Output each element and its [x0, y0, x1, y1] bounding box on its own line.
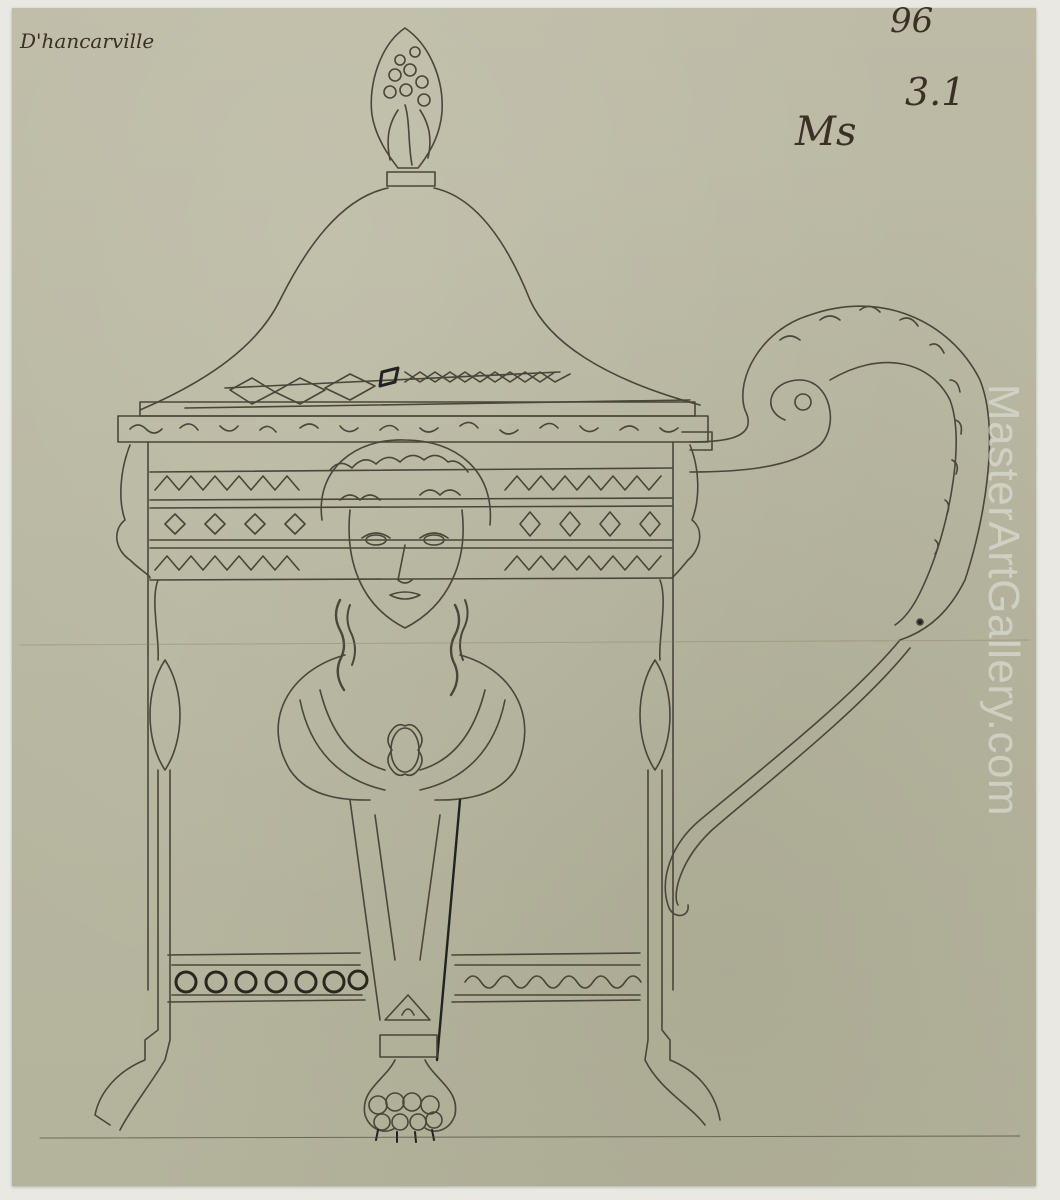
number-inscription: 96 [890, 1, 933, 41]
frieze [117, 442, 700, 990]
ground-line [40, 1136, 1020, 1138]
central-leg [350, 800, 460, 1142]
serpent-handle [665, 306, 989, 915]
vessel-drawing: D'hancarville 96 3.1 Ms [0, 0, 1060, 1200]
watermark: MasterArtGallery.com [978, 384, 1028, 816]
fold-crease [20, 640, 1030, 645]
lower-frieze [168, 953, 641, 1002]
left-leg [95, 580, 180, 1130]
right-leg [640, 580, 720, 1125]
flourish-inscription: Ms [794, 109, 856, 155]
signature-inscription: D'hancarville [19, 29, 154, 53]
caryatid-bust [278, 655, 525, 800]
lid [140, 188, 700, 410]
number-inscription-2: 3.1 [905, 70, 965, 114]
finial [371, 28, 442, 186]
